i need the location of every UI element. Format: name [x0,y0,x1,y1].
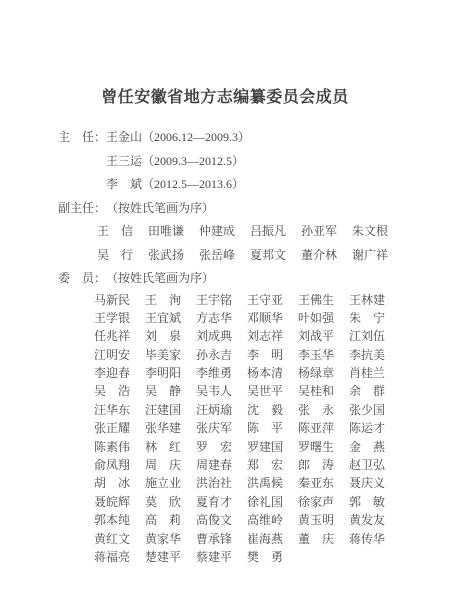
person-name: 金 燕 [349,438,385,456]
person-name: 夏邦文 [250,244,286,268]
person-name: 张岳峰 [199,244,235,268]
person-name: 罗 宏 [196,438,232,456]
person-name: 黄玉明 [298,511,334,529]
person-name: 曹承锋 [196,530,232,548]
deputy-sort-note: （按姓氏笔画为序） [106,201,214,215]
person-name: 高维岭 [247,511,283,529]
person-name: 徐礼国 [247,493,283,511]
person-name: 蒋福亮 [94,548,130,566]
person-name: 吴 行 [97,244,133,268]
members-sort-note: （按姓氏笔画为序） [106,271,214,285]
person-name: 王 信 [97,220,133,244]
person-name: 黄红文 [94,530,130,548]
person-name: 张少国 [349,401,385,419]
document-body: 主 任：王金山（2006.12—2009.3） 主 任：王三运（2009.3—2… [0,126,450,566]
person-name: 江刘伍 [349,327,385,345]
name-row: 吴 行张武扬张岳峰夏邦文董介林谢广祥 [61,244,450,268]
person-name: 张华建 [145,419,181,437]
deputy-name-rows: 王 信田唯谦仲建成吕振凡孙亚军朱文根吴 行张武扬张岳峰夏邦文董介林谢广祥 [0,220,450,267]
person-name: 李 明 [247,346,283,364]
person-name: 董 庆 [298,530,334,548]
person-name: 洪禹候 [247,474,283,492]
page-title: 曾任安徽省地方志编纂委员会成员 [0,0,450,107]
director-line-2: 主 任：王三运（2009.3—2012.5） [0,150,450,174]
name-row: 吴 浩吴 静吴韦人吴世平吴桂和余 群 [94,382,450,400]
name-row: 王 信田唯谦仲建成吕振凡孙亚军朱文根 [61,220,450,244]
person-name: 高 莉 [145,511,181,529]
name-row: 蒋福亮楚建平蔡建平樊 勇 [94,548,450,566]
person-name: 李迎春 [94,364,130,382]
person-name: 罗曙生 [298,438,334,456]
person-name: 陈 平 [247,419,283,437]
person-name: 董介林 [301,244,337,268]
person-name: 任兆祥 [94,327,130,345]
person-name: 王宇铭 [196,291,232,309]
person-name: 李维勇 [196,364,232,382]
name-row: 李迎春李明阳李维勇杨本清杨绿章肖桂兰 [94,364,450,382]
person-name: 王佛生 [298,291,334,309]
person-name: 黄发友 [349,511,385,529]
name-row: 张正耀张华建张庆军陈 平陈亚萍陈运才 [94,419,450,437]
name-row: 江明安毕美家孙永吉李 明李玉华李抗美 [94,346,450,364]
person-name: 施立业 [145,474,181,492]
person-name: 邓顺华 [247,309,283,327]
name-row: 郭本纯高 莉高俊文高维岭黄玉明黄发友 [94,511,450,529]
person-name: 莫 欣 [145,493,181,511]
person-name: 仲建成 [199,220,235,244]
person-name: 徐家声 [298,493,334,511]
document-page: 曾任安徽省地方志编纂委员会成员 主 任：王金山（2006.12—2009.3） … [0,0,450,610]
person-name: 蔡建平 [196,548,232,566]
person-name: 江明安 [94,346,130,364]
person-name: 洪治社 [196,474,232,492]
person-name: 张庆军 [196,419,232,437]
person-name: 吴韦人 [196,382,232,400]
person-name: 郭 敏 [349,493,385,511]
person-name: 朱 宁 [349,309,385,327]
person-name: 高俊文 [196,511,232,529]
person-name: 聂庆义 [349,474,385,492]
person-name: 陈亚萍 [298,419,334,437]
person-name: 蒋传华 [349,530,385,548]
person-name: 吴 浩 [94,382,130,400]
person-name: 李明阳 [145,364,181,382]
person-name: 吴桂和 [298,382,334,400]
director-label: 主 任： [58,126,106,150]
person-name: 聂皖辉 [94,493,130,511]
person-name: 李玉华 [298,346,334,364]
person-name: 谢广祥 [352,244,388,268]
person-name: 黄家华 [145,530,181,548]
person-name: 周 庆 [145,456,181,474]
person-name: 楚建平 [145,548,181,566]
name-row: 汪华东汪建国汪炳瑜沈 毅张 永张少国 [94,401,450,419]
person-name: 林 红 [145,438,181,456]
person-name: 张武扬 [148,244,184,268]
person-name: 赵卫弘 [349,456,385,474]
person-name: 叶如强 [298,309,334,327]
person-name: 刘 泉 [145,327,181,345]
person-name: 张正耀 [94,419,130,437]
name-row: 马新民王 洵王宇铭王守亚王佛生王林建 [94,291,450,309]
person-name: 汪华东 [94,401,130,419]
name-row: 任兆祥刘 泉刘成典刘志祥刘战平江刘伍 [94,327,450,345]
person-name: 余 群 [349,382,385,400]
person-name: 王学银 [94,309,130,327]
person-name: 王 洵 [145,291,181,309]
person-name: 郑 宏 [247,456,283,474]
person-name: 俞凤翔 [94,456,130,474]
members-label: 委 员： [58,267,106,291]
member-name-rows: 马新民王 洵王宇铭王守亚王佛生王林建王学银王宜斌方志华邓顺华叶如强朱 宁任兆祥刘… [0,291,450,567]
person-name: 孙永吉 [196,346,232,364]
members-label-line: 委 员：（按姓氏笔画为序） [0,267,450,291]
director-entry-3: 李 斌（2012.5—2013.6） [106,177,244,191]
director-line-3: 主 任：李 斌（2012.5—2013.6） [0,173,450,197]
person-name: 崔海燕 [247,530,283,548]
person-name: 汪炳瑜 [196,401,232,419]
person-name: 樊 勇 [247,548,283,566]
name-row: 陈素伟林 红罗 宏罗建国罗曙生金 燕 [94,438,450,456]
person-name: 吕振凡 [250,220,286,244]
person-name: 吴 静 [145,382,181,400]
person-name: 杨绿章 [298,364,334,382]
person-name: 王林建 [349,291,385,309]
deputy-label-line: 副主任：（按姓氏笔画为序） [0,197,450,221]
person-name: 周建春 [196,456,232,474]
director-entry-1: 王金山（2006.12—2009.3） [106,130,250,144]
person-name: 李抗美 [349,346,385,364]
person-name: 吴世平 [247,382,283,400]
person-name: 孙亚军 [301,220,337,244]
name-row: 聂皖辉莫 欣夏育才徐礼国徐家声郭 敏 [94,493,450,511]
person-name: 刘战平 [298,327,334,345]
person-name: 郭本纯 [94,511,130,529]
person-name: 王宜斌 [145,309,181,327]
person-name: 刘成典 [196,327,232,345]
person-name: 陈素伟 [94,438,130,456]
director-entry-2: 王三运（2009.3—2012.5） [106,154,244,168]
person-name: 肖桂兰 [349,364,385,382]
name-row: 俞凤翔周 庆周建春郑 宏郎 涛赵卫弘 [94,456,450,474]
name-row: 黄红文黄家华曹承锋崔海燕董 庆蒋传华 [94,530,450,548]
person-name: 田唯谦 [148,220,184,244]
director-line-1: 主 任：王金山（2006.12—2009.3） [0,126,450,150]
person-name: 沈 毅 [247,401,283,419]
person-name: 夏育才 [196,493,232,511]
person-name: 方志华 [196,309,232,327]
person-name: 朱文根 [352,220,388,244]
person-name: 王守亚 [247,291,283,309]
name-row: 王学银王宜斌方志华邓顺华叶如强朱 宁 [94,309,450,327]
person-name: 郎 涛 [298,456,334,474]
person-name: 马新民 [94,291,130,309]
deputy-label: 副主任： [58,197,106,221]
name-row: 胡 冰施立业洪治社洪禹候秦亚东聂庆义 [94,474,450,492]
person-name: 陈运才 [349,419,385,437]
person-name: 罗建国 [247,438,283,456]
person-name: 汪建国 [145,401,181,419]
person-name: 刘志祥 [247,327,283,345]
person-name: 杨本清 [247,364,283,382]
person-name: 胡 冰 [94,474,130,492]
person-name: 毕美家 [145,346,181,364]
person-name: 张 永 [298,401,334,419]
person-name: 秦亚东 [298,474,334,492]
